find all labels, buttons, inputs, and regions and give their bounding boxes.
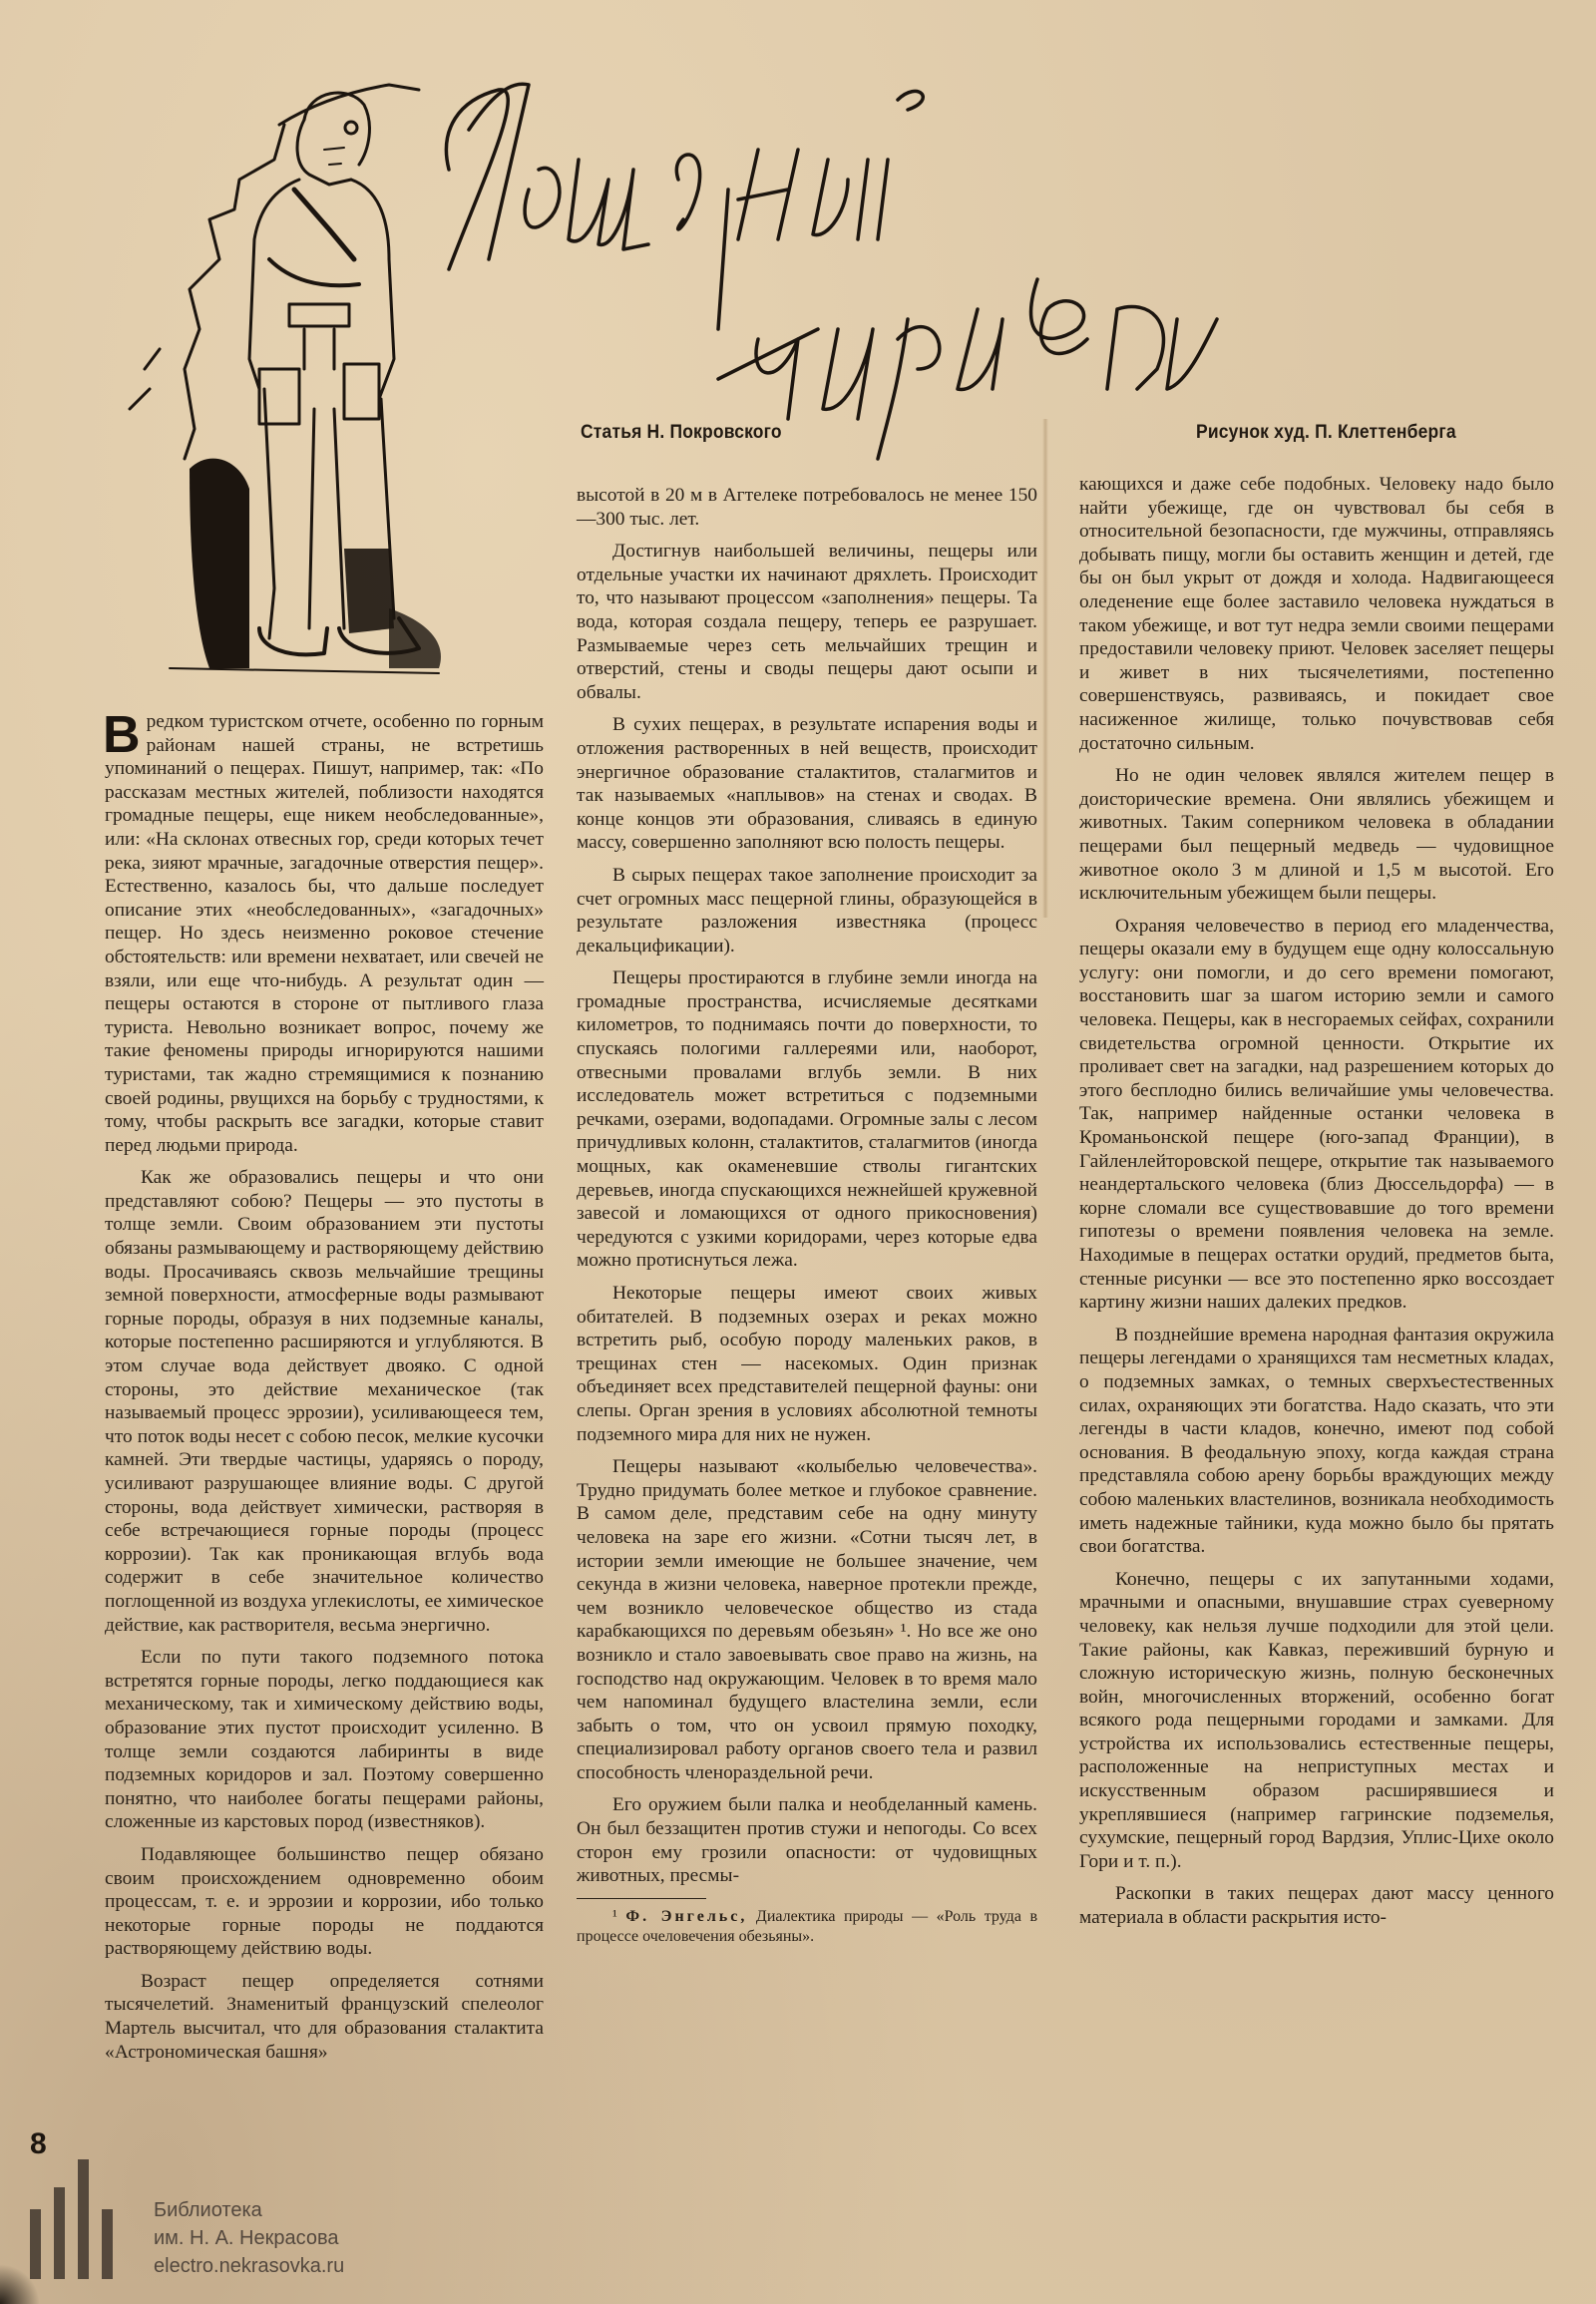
watermark-line-1: Библиотека [154,2196,344,2224]
paragraph: Вредком туристском отчете, особенно по г… [105,710,544,1157]
illustrator-byline: Рисунок худ. П. Клеттенберга [1196,422,1456,444]
paragraph: Его оружием были палка и необделанный ка… [577,1793,1037,1887]
paragraph: высотой в 20 м в Агтелеке потребовалось … [577,484,1037,531]
paragraph: Достигнув наибольшей величины, пещеры ил… [577,540,1037,704]
paragraph: В сухих пещерах, в результате испарения … [577,713,1037,855]
paragraph: Если по пути такого подземного потока вс… [105,1646,544,1834]
paragraph: В позднейшие времена народная фантазия о… [1079,1324,1554,1559]
paragraph: Некоторые пещеры имеют своих живых обита… [577,1282,1037,1446]
scan-corner-shadow [0,2264,40,2304]
magazine-page: Пещерный туризм Статья Н. Покровского Ри… [0,0,1596,2304]
paragraph: Охраняя человечество в период его младен… [1079,915,1554,1315]
paragraph: Пещеры называют «колыбелью человечества»… [577,1455,1037,1784]
paragraph: Подавляющее большинство пещер обязано св… [105,1843,544,1961]
footnote-author: Ф. Энгельс, [625,1908,747,1925]
page-fold-line [1042,419,1048,918]
footnote-divider [577,1898,706,1899]
paragraph: Но не один человек являлся жителем пещер… [1079,764,1554,906]
library-logo-icon [28,2159,128,2279]
paragraph: кающихся и даже себе подобных. Человеку … [1079,473,1554,755]
author-byline: Статья Н. Покровского [581,422,782,444]
paragraph: Конечно, пещеры с их запутанными ходами,… [1079,1568,1554,1874]
text-column-3: кающихся и даже себе подобных. Человеку … [1079,473,1554,1939]
drop-cap: В [103,714,141,756]
text-column-1: Вредком туристском отчете, особенно по г… [105,710,544,2073]
paragraph: Раскопки в таких пещерах дают массу ценн… [1079,1882,1554,1929]
watermark-url[interactable]: electro.nekrasovka.ru [154,2252,344,2280]
watermark-line-2: им. Н. А. Некрасова [154,2224,344,2252]
paragraph: Возраст пещер определяется сотнями тысяч… [105,1970,544,2064]
paragraph: В сырых пещерах такое заполнение происхо… [577,864,1037,958]
footnote: ¹ Ф. Энгельс, Диалектика природы — «Роль… [577,1907,1037,1947]
paragraph: Пещеры простираются в глубине земли иног… [577,966,1037,1273]
paragraph: Как же образовались пещеры и что они пре… [105,1166,544,1637]
page-number: 8 [30,2127,47,2161]
text-column-2: высотой в 20 м в Агтелеке потребовалось … [577,484,1037,1956]
library-watermark: Библиотека им. Н. А. Некрасова electro.n… [28,2159,427,2304]
